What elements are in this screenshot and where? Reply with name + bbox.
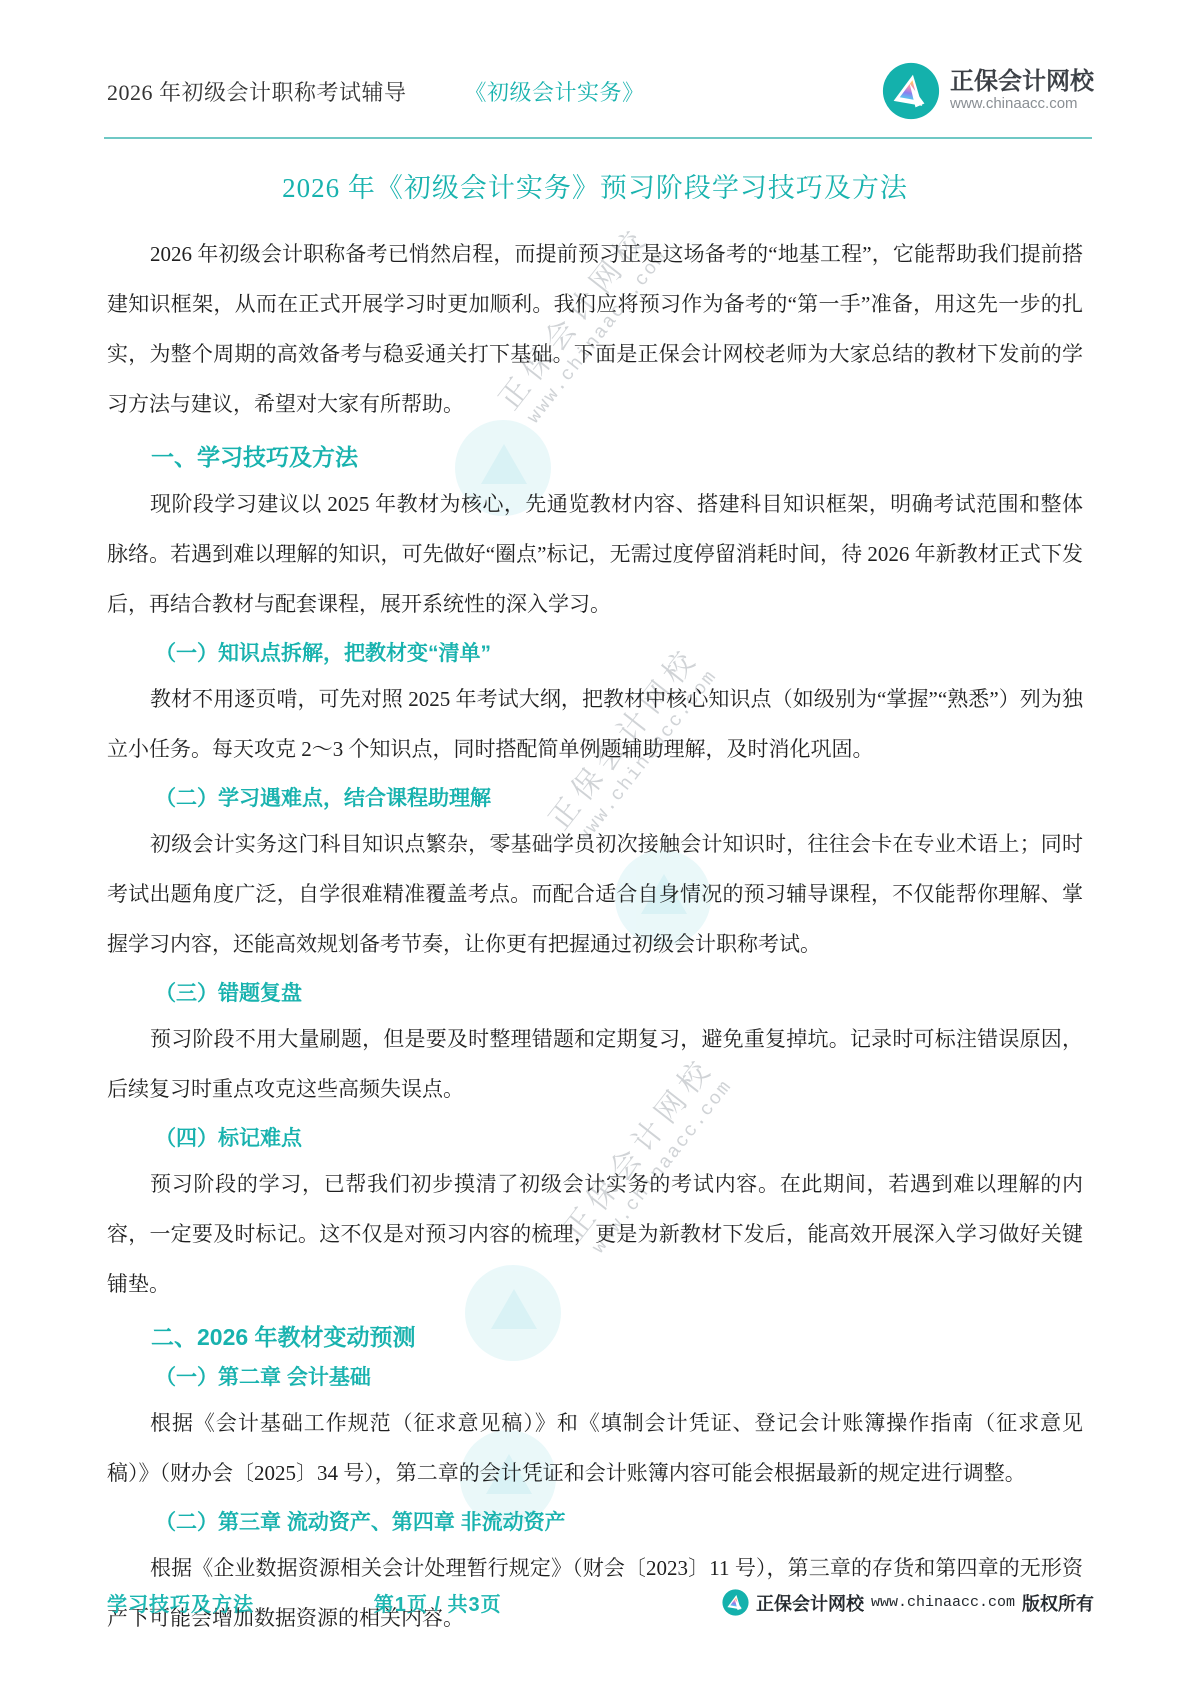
page-footer: 学习技巧及方法 第1页 / 共3页 正 [107, 1588, 1094, 1617]
footer-brand-row: 正保会计网校 www.chinaacc.com 版权所有 [667, 1589, 1094, 1616]
brand-block: 正保会计网校 www.chinaacc.com [882, 62, 1094, 120]
header-subject-label: 《初级会计实务》 [465, 80, 645, 105]
sub-heading-1-2: （二）学习遇难点，结合课程助理解 [107, 784, 1083, 814]
brand-name: 正保会计网校 [950, 69, 1094, 95]
paragraph: 初级会计实务这门科目知识点繁杂，零基础学员初次接触会计知识时，往往会卡在专业术语… [107, 819, 1083, 969]
document-body: 2026 年《初级会计实务》预习阶段学习技巧及方法 2026 年初级会计职称备考… [107, 152, 1083, 1643]
footer-page-indicator: 第1页 / 共3页 [374, 1588, 667, 1617]
paragraph-intro: 2026 年初级会计职称备考已悄然启程，而提前预习正是这场备考的“地基工程”，它… [107, 229, 1083, 429]
footer-doc-label: 学习技巧及方法 [107, 1588, 374, 1617]
section-heading-2: 二、2026 年教材变动预测 [107, 1321, 1083, 1353]
header-title-row: 2026 年初级会计职称考试辅导《初级会计实务》 [107, 76, 645, 107]
paragraph: 预习阶段不用大量刷题，但是要及时整理错题和定期复习，避免重复掉坑。记录时可标注错… [107, 1014, 1083, 1114]
paragraph: 根据《会计基础工作规范（征求意见稿）》和《填制会计凭证、登记会计账簿操作指南（征… [107, 1398, 1083, 1498]
paragraph: 现阶段学习建议以 2025 年教材为核心，先通览教材内容、搭建科目知识框架，明确… [107, 479, 1083, 629]
footer-copyright: 版权所有 [1022, 1590, 1094, 1616]
brand-site: www.chinaacc.com [950, 95, 1094, 113]
sub-heading-1-3: （三）错题复盘 [107, 979, 1083, 1009]
footer-brand-logo-icon [722, 1589, 749, 1616]
footer-brand-site: www.chinaacc.com [871, 1594, 1015, 1611]
brand-logo-icon [882, 62, 940, 120]
paragraph: 预习阶段的学习，已帮我们初步摸清了初级会计实务的考试内容。在此期间，若遇到难以理… [107, 1159, 1083, 1309]
document-title: 2026 年《初级会计实务》预习阶段学习技巧及方法 [107, 166, 1083, 205]
sub-heading-1-4: （四）标记难点 [107, 1124, 1083, 1154]
page-header: 2026 年初级会计职称考试辅导《初级会计实务》 [107, 62, 1094, 120]
header-course-label: 2026 年初级会计职称考试辅导 [107, 80, 407, 105]
document-page: 正保会计网校 www.chinaacc.com 正保会计网校 www.china… [0, 0, 1190, 1683]
section-heading-1: 一、学习技巧及方法 [107, 441, 1083, 473]
header-divider [104, 137, 1092, 139]
sub-heading-2-1: （一）第二章 会计基础 [107, 1363, 1083, 1393]
sub-heading-1-1: （一）知识点拆解，把教材变“清单” [107, 639, 1083, 669]
footer-brand-name: 正保会计网校 [756, 1590, 864, 1616]
sub-heading-2-2: （二）第三章 流动资产、第四章 非流动资产 [107, 1508, 1083, 1538]
paragraph: 教材不用逐页啃，可先对照 2025 年考试大纲，把教材中核心知识点（如级别为“掌… [107, 674, 1083, 774]
brand-text: 正保会计网校 www.chinaacc.com [950, 69, 1094, 113]
